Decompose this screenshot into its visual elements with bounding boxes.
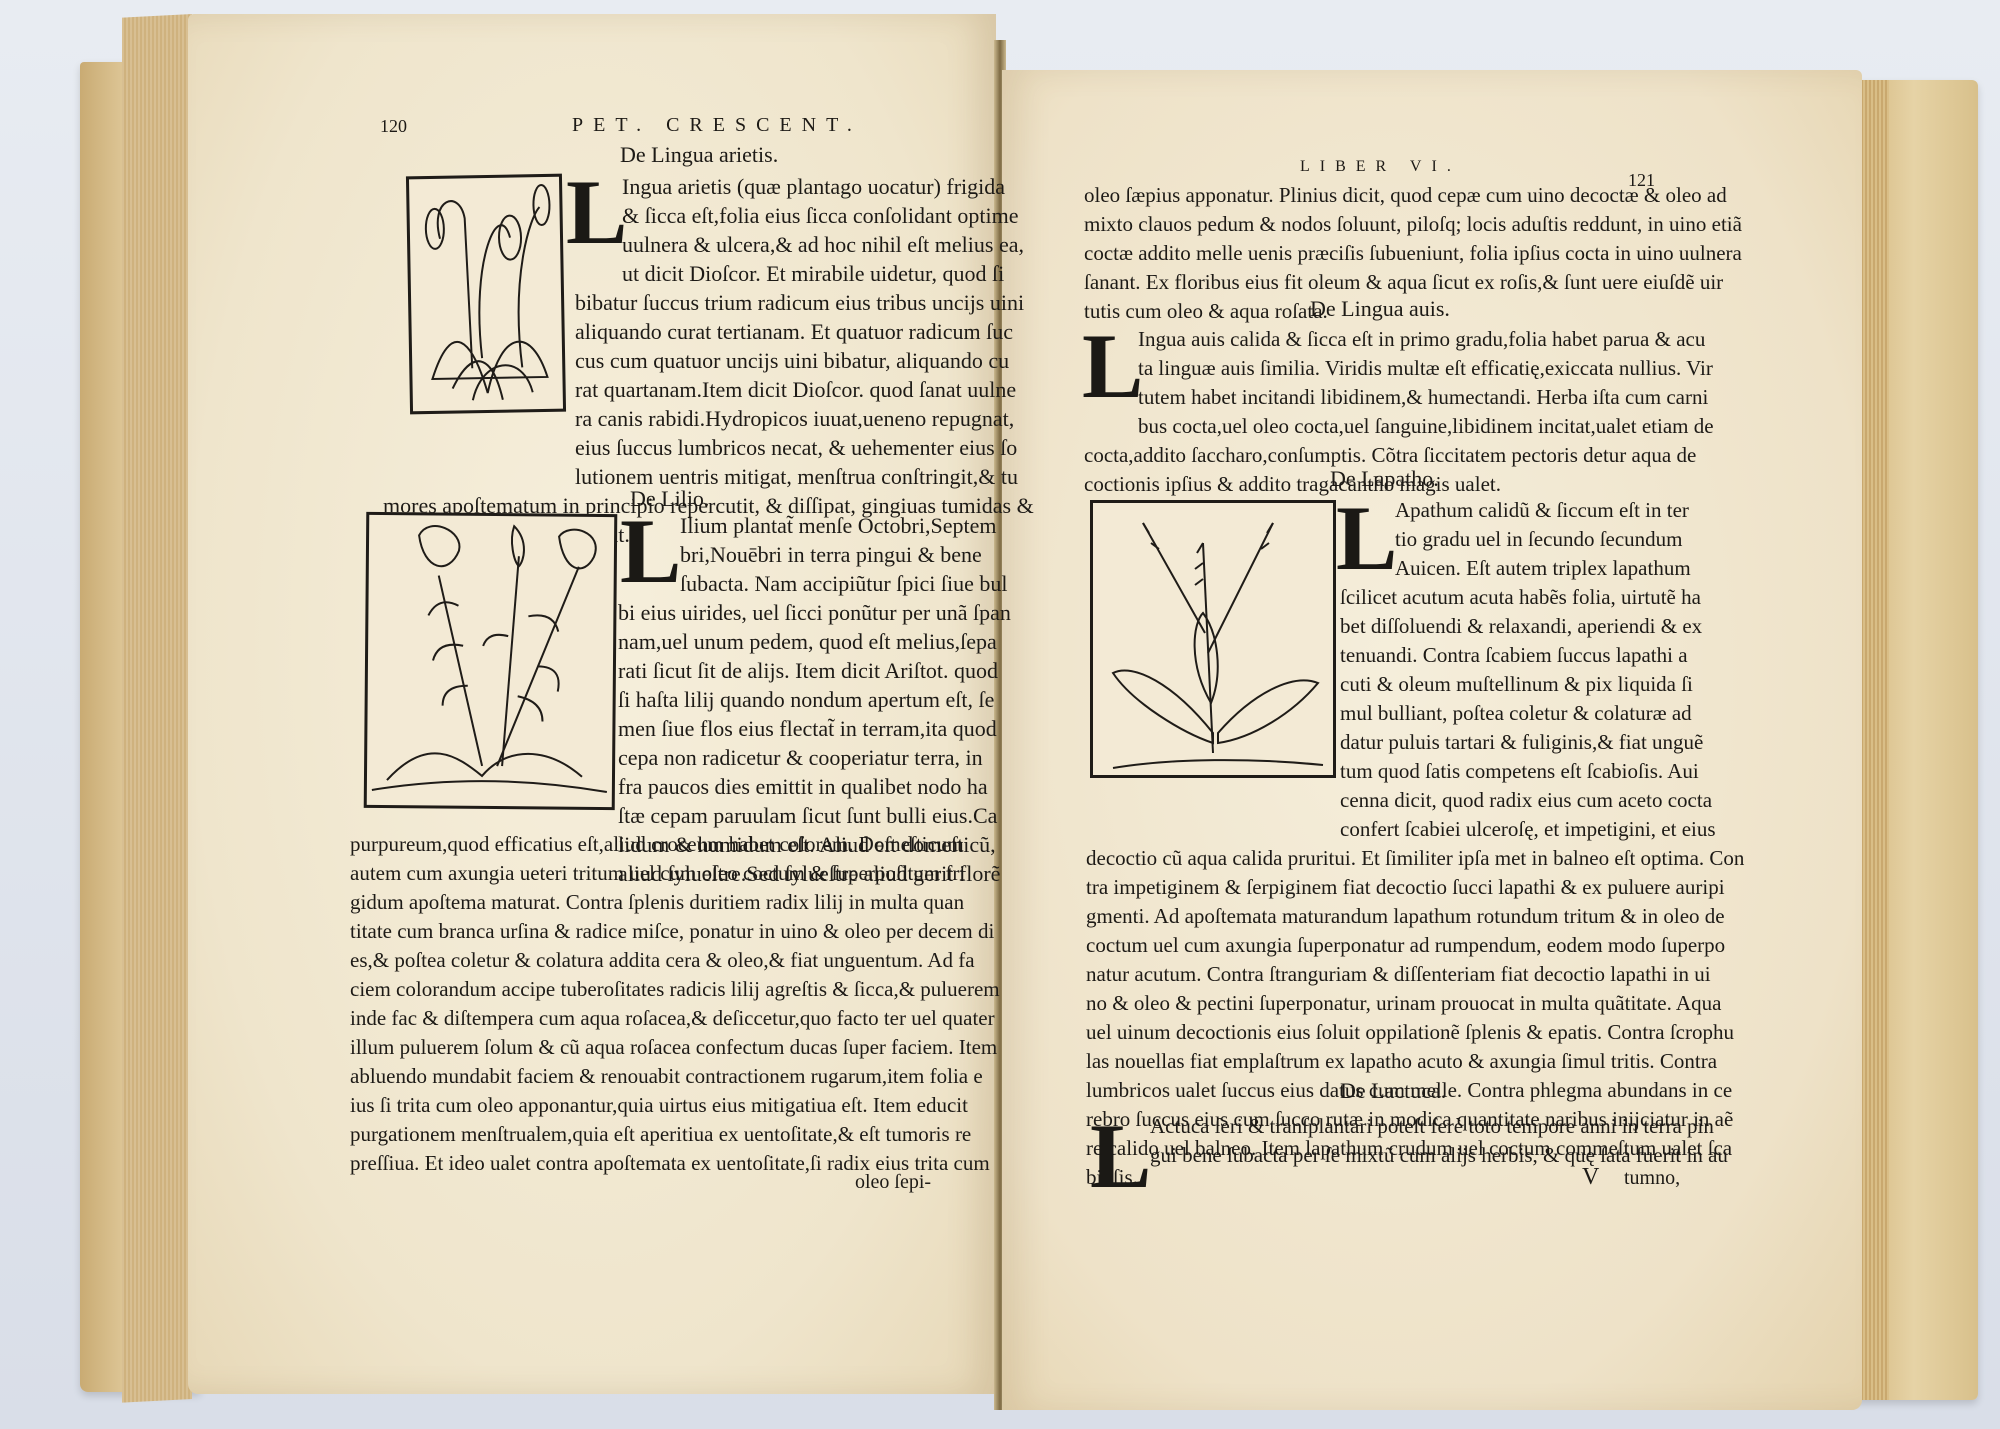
text-block-lapatho-a: Apathum calidũ & ſiccum eſt in ter tio g… bbox=[1395, 496, 1691, 583]
text-line: bibatur ſuccus trium radicum eius tribus… bbox=[575, 288, 1024, 317]
text-line: bri,Nouēbri in terra pingui & bene bbox=[680, 540, 1007, 569]
text-line: men ſiue flos eius flectat̃ in terram,it… bbox=[618, 714, 1011, 743]
text-line: es,& poſtea coletur & colatura addita ce… bbox=[350, 946, 1000, 975]
text-line: bi eius uirides, uel ſicci ponũtur per u… bbox=[618, 598, 1011, 627]
text-line: ta linguæ auis ſimilia. Viridis multæ eſ… bbox=[1138, 354, 1714, 383]
text-line: tum quod ſatis competens eſt ſcabioſis. … bbox=[1340, 757, 1716, 786]
text-block-lilio-a: Ilium plantat̃ menſe Octobri,Septem bri,… bbox=[680, 511, 1007, 598]
text-line: confert ſcabiei ulceroſę, et impetigini,… bbox=[1340, 815, 1716, 844]
text-line: Ilium plantat̃ menſe Octobri,Septem bbox=[680, 511, 1007, 540]
catchword-right: tumno, bbox=[1624, 1164, 1680, 1193]
text-line: rat quartanam.Item dicit Dioſcor. quod ſ… bbox=[575, 375, 1024, 404]
text-line: Auicen. Eſt autem triplex lapathum bbox=[1395, 554, 1691, 583]
text-line: eius ſuccus lumbricos necat, & uehemente… bbox=[575, 433, 1024, 462]
text-line: rati ſicut ſit de alijs. Item dicit Ariſ… bbox=[618, 656, 1011, 685]
page-edges-left bbox=[122, 14, 192, 1403]
text-line: ſubacta. Nam accipiũtur ſpici ſiue bul bbox=[680, 569, 1007, 598]
dock-woodcut bbox=[1090, 500, 1336, 778]
text-line: ſi haſta lilij quando nondum apertum eſt… bbox=[618, 685, 1011, 714]
text-line: ius ſi trita cum oleo apponantur,quia ui… bbox=[350, 1091, 1000, 1120]
section-heading: De Lactuca. bbox=[1340, 1078, 1446, 1104]
text-line: cepa non radicetur & cooperiatur terra, … bbox=[618, 743, 1011, 772]
text-line: gidum apoſtema maturat. Contra ſplenis d… bbox=[350, 888, 1000, 917]
text-line: ſanant. Ex floribus eius fit oleum & aqu… bbox=[1084, 268, 1742, 297]
text-line: nam,uel unum pedem, quod eſt melius,ſepa bbox=[618, 627, 1011, 656]
running-head-left: PET. CRESCENT. bbox=[572, 114, 862, 137]
text-line: aliquando curat tertianam. Et quatuor ra… bbox=[575, 317, 1024, 346]
text-line: bus cocta,uel oleo cocta,uel ſanguine,li… bbox=[1138, 412, 1714, 441]
text-line: cenna dicit, quod radix eius cum aceto c… bbox=[1340, 786, 1716, 815]
text-line: mul bulliant, poſtea coletur & colaturæ … bbox=[1340, 699, 1716, 728]
folio-left: 120 bbox=[380, 116, 407, 137]
text-line: cus cum quatuor uncijs uini bibatur, ali… bbox=[575, 346, 1024, 375]
section-heading: De Lingua auis. bbox=[1310, 296, 1450, 322]
text-block-lingua-arietis-a: Ingua arietis (quæ plantago uocatur) fri… bbox=[622, 172, 1024, 288]
text-line: natur acutum. Contra ſtranguriam & diſſe… bbox=[1086, 960, 1744, 989]
drop-cap-initial: L bbox=[1082, 320, 1143, 412]
text-line: tenuandi. Contra ſcabiem ſuccus lapathi … bbox=[1340, 641, 1716, 670]
text-block-lingua-auis-a: Ingua auis calida & ſicca eſt in primo g… bbox=[1138, 325, 1714, 441]
text-line: abluendo mundabit faciem & renouabit con… bbox=[350, 1062, 1000, 1091]
text-line: ciem colorandum accipe tuberoſitates rad… bbox=[350, 975, 1000, 1004]
text-block-lilio-c: purpureum,quod efficatius eſt,aliud croc… bbox=[350, 830, 1000, 1178]
text-line: no & oleo & pectini ſuperponatur, urinam… bbox=[1086, 989, 1744, 1018]
text-line: purpureum,quod efficatius eſt,aliud croc… bbox=[350, 830, 1000, 859]
drop-cap-initial: L bbox=[566, 166, 627, 258]
text-line: las nouellas fiat emplaſtrum ex lapatho … bbox=[1086, 1047, 1744, 1076]
text-line: mixto clauos pedum & nodos ſoluunt, pilo… bbox=[1084, 210, 1742, 239]
text-line: ſcilicet acutum acuta habẽs folia, uirtu… bbox=[1340, 583, 1716, 612]
text-block-lapatho-b: ſcilicet acutum acuta habẽs folia, uirtu… bbox=[1340, 583, 1716, 844]
text-line: Actuca ſeri & tranſplantari poteſt ferè … bbox=[1150, 1112, 1728, 1141]
text-line: autem cum axungia ueteri tritum uel cum … bbox=[350, 859, 1000, 888]
text-line: gmenti. Ad apoſtemata maturandum lapathu… bbox=[1086, 902, 1744, 931]
running-head-right: LIBER VI. bbox=[1300, 158, 1461, 176]
drop-cap-initial: L bbox=[1336, 492, 1397, 584]
drop-cap-initial: L bbox=[620, 505, 681, 597]
drop-cap-initial: L bbox=[1090, 1110, 1151, 1202]
lily-illustration-icon bbox=[367, 515, 615, 807]
text-block-lingua-arietis-b: bibatur ſuccus trium radicum eius tribus… bbox=[575, 288, 1024, 491]
plantain-illustration-icon bbox=[409, 177, 563, 412]
text-line: purgationem menſtrualem,quia eſt aperiti… bbox=[350, 1120, 1000, 1149]
text-line: illum puluerem ſolum & cũ aqua roſacea c… bbox=[350, 1033, 1000, 1062]
text-line: datur puluis tartari & fuliginis,& fiat … bbox=[1340, 728, 1716, 757]
text-line: uel uinum decoctionis eius ſoluit oppila… bbox=[1086, 1018, 1744, 1047]
text-line: decoctio cũ aqua calida pruritui. Et ſim… bbox=[1086, 844, 1744, 873]
text-line: ſtæ cepam paruulam ſicut ſunt bulli eius… bbox=[618, 801, 1011, 830]
catchword-left: oleo ſepi- bbox=[855, 1168, 931, 1197]
text-line: Ingua arietis (quæ plantago uocatur) fri… bbox=[622, 172, 1024, 201]
text-line: ra canis rabidi.Hydropicos iuuat,ueneno … bbox=[575, 404, 1024, 433]
lily-woodcut bbox=[364, 512, 618, 810]
plantain-woodcut bbox=[406, 174, 566, 415]
signature-mark: V bbox=[1582, 1164, 1599, 1191]
text-line: & ſicca eſt,folia eius ſicca conſolidant… bbox=[622, 201, 1024, 230]
text-line: titate cum branca urſina & radice miſce,… bbox=[350, 917, 1000, 946]
dock-illustration-icon bbox=[1093, 503, 1333, 775]
text-line: uulnera & ulcera,& ad hoc nihil eſt meli… bbox=[622, 230, 1024, 259]
text-line: coctum uel cum axungia ſuperponatur ad r… bbox=[1086, 931, 1744, 960]
text-line: Apathum calidũ & ſiccum eſt in ter bbox=[1395, 496, 1691, 525]
text-line: coctæ addito melle uenis præciſis ſubuen… bbox=[1084, 239, 1742, 268]
text-line: tra impetiginem & ſerpiginem fiat decoct… bbox=[1086, 873, 1744, 902]
text-line: inde fac & diſtempera cum aqua roſacea,&… bbox=[350, 1004, 1000, 1033]
text-line: ut dicit Dioſcor. Et mirabile uidetur, q… bbox=[622, 259, 1024, 288]
section-heading: De Lingua arietis. bbox=[620, 142, 778, 168]
text-line: fra paucos dies emittit in qualibet nodo… bbox=[618, 772, 1011, 801]
text-line: bet diſſoluendi & relaxandi, aperiendi &… bbox=[1340, 612, 1716, 641]
text-line: tio gradu uel in ſecundo ſecundum bbox=[1395, 525, 1691, 554]
text-line: tutem habet incitandi libidinem,& humect… bbox=[1138, 383, 1714, 412]
text-line: Ingua auis calida & ſicca eſt in primo g… bbox=[1138, 325, 1714, 354]
text-line: oleo ſæpius apponatur. Plinius dicit, qu… bbox=[1084, 181, 1742, 210]
text-block-lactuca: Actuca ſeri & tranſplantari poteſt ferè … bbox=[1150, 1112, 1728, 1170]
text-line: cuti & oleum muſtellinum & pix liquida ſ… bbox=[1340, 670, 1716, 699]
